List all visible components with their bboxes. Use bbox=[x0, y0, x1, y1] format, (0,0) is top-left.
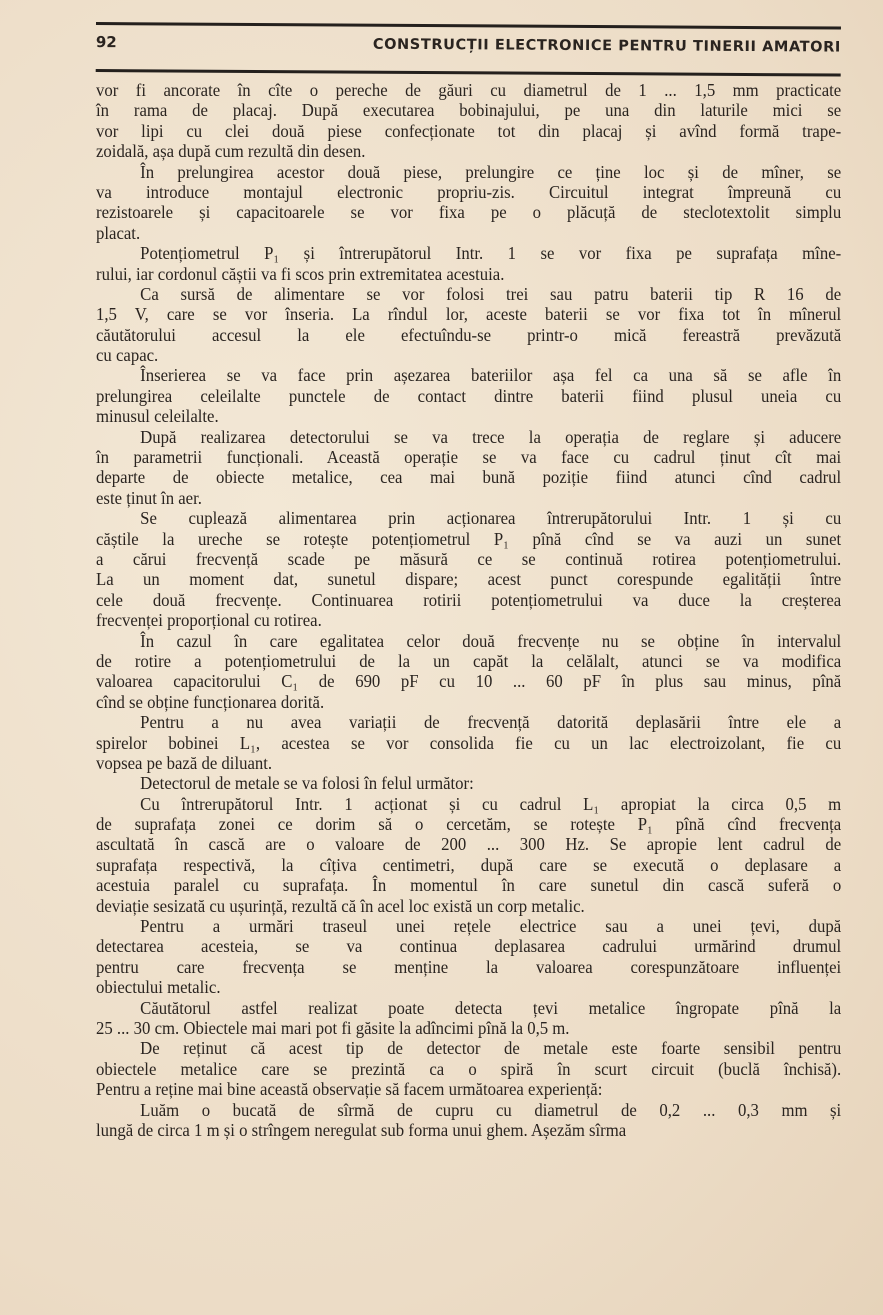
text-line: Se cuplează alimentarea prin acționarea … bbox=[96, 508, 841, 528]
text-line: valoarea capacitorului C₁ de 690 pF cu 1… bbox=[96, 671, 841, 691]
paragraph: După realizarea detectorului se va trece… bbox=[96, 427, 841, 509]
text-line: a cărui frecvență scade pe măsură ce se … bbox=[96, 549, 841, 569]
text-line: vopsea pe bază de diluant. bbox=[96, 753, 841, 773]
text-line: căștile la ureche se rotește potențiomet… bbox=[96, 529, 841, 549]
text-line: detectarea acesteia, se va continua depl… bbox=[96, 936, 841, 956]
running-title: CONSTRUCȚII ELECTRONICE PENTRU TINERII A… bbox=[373, 37, 841, 56]
text-line: de suprafața zonei ce dorim să o cercetă… bbox=[96, 814, 841, 834]
text-line: obiectului metalic. bbox=[96, 977, 841, 997]
text-line: obiectele metalice care se prezintă ca o… bbox=[96, 1059, 841, 1079]
text-line: este ținut în aer. bbox=[96, 488, 841, 508]
text-line: 25 ... 30 cm. Obiectele mai mari pot fi … bbox=[96, 1018, 841, 1038]
text-line: În prelungirea acestor două piese, prelu… bbox=[96, 162, 841, 182]
text-line: După realizarea detectorului se va trece… bbox=[96, 427, 841, 447]
text-line: rului, iar cordonul căștii va fi scos pr… bbox=[96, 264, 841, 284]
text-line: Pentru a nu avea variații de frecvență d… bbox=[96, 712, 841, 732]
text-line: ascultată în cască are o valoare de 200 … bbox=[96, 834, 841, 854]
text-line: Înserierea se va face prin așezarea bate… bbox=[96, 365, 841, 385]
paragraph: Cu întrerupătorul Intr. 1 acționat și cu… bbox=[96, 794, 841, 916]
text-line: Căutătorul astfel realizat poate detecta… bbox=[96, 998, 841, 1018]
text-line: cu capac. bbox=[96, 345, 841, 365]
paragraph: Se cuplează alimentarea prin acționarea … bbox=[96, 508, 841, 630]
text-line: deviație sesizată cu ușurință, rezultă c… bbox=[96, 896, 841, 916]
text-line: Ca sursă de alimentare se vor folosi tre… bbox=[96, 284, 841, 304]
text-line: în parametrii funcționali. Această opera… bbox=[96, 447, 841, 467]
text-line: va introduce montajul electronic propriu… bbox=[96, 182, 841, 202]
paragraph: Pentru a urmări traseul unei rețele elec… bbox=[96, 916, 841, 998]
text-line: cele două frecvențe. Continuarea rotirii… bbox=[96, 590, 841, 610]
paragraph: Pentru a nu avea variații de frecvență d… bbox=[96, 712, 841, 773]
text-line: rezistoarele și capacitoarele se vor fix… bbox=[96, 202, 841, 222]
text-line: minusul celeilalte. bbox=[96, 406, 841, 426]
text-line: De reținut că acest tip de detector de m… bbox=[96, 1038, 841, 1058]
paragraph: În cazul în care egalitatea celor două f… bbox=[96, 631, 841, 713]
paragraph: De reținut că acest tip de detector de m… bbox=[96, 1038, 841, 1099]
text-line: Luăm o bucată de sîrmă de cupru cu diame… bbox=[96, 1100, 841, 1120]
running-header: 92 CONSTRUCȚII ELECTRONICE PENTRU TINERI… bbox=[96, 22, 841, 77]
text-line: spirelor bobinei L₁, acestea se vor cons… bbox=[96, 733, 841, 753]
paragraph: Detectorul de metale se va folosi în fel… bbox=[96, 773, 841, 793]
book-page: 92 CONSTRUCȚII ELECTRONICE PENTRU TINERI… bbox=[96, 22, 841, 1140]
text-line: vor fi ancorate în cîte o pereche de gău… bbox=[96, 80, 841, 100]
text-line: cînd se obține funcționarea dorită. bbox=[96, 692, 841, 712]
paragraph: Potențiometrul P₁ și întrerupătorul Intr… bbox=[96, 243, 841, 284]
text-line: Cu întrerupătorul Intr. 1 acționat și cu… bbox=[96, 794, 841, 814]
text-line: zoidală, așa după cum rezultă din desen. bbox=[96, 141, 841, 161]
text-line: 1,5 V, care se vor înseria. La rîndul lo… bbox=[96, 304, 841, 324]
text-line: vor lipi cu clei două piese confecționat… bbox=[96, 121, 841, 141]
text-line: frecvenței proporțional cu rotirea. bbox=[96, 610, 841, 630]
text-line: Potențiometrul P₁ și întrerupătorul Intr… bbox=[96, 243, 841, 263]
text-line: de rotire a potențiometrului de la un ca… bbox=[96, 651, 841, 671]
text-line: departe de obiecte metalice, cea mai bun… bbox=[96, 467, 841, 487]
text-line: acestuia paralel cu suprafața. În moment… bbox=[96, 875, 841, 895]
body-text: vor fi ancorate în cîte o pereche de gău… bbox=[96, 80, 841, 1140]
text-line: Pentru a reține mai bine această observa… bbox=[96, 1079, 841, 1099]
paragraph: Ca sursă de alimentare se vor folosi tre… bbox=[96, 284, 841, 366]
page-number: 92 bbox=[96, 33, 117, 51]
paragraph: În prelungirea acestor două piese, prelu… bbox=[96, 162, 841, 244]
text-line: Pentru a urmări traseul unei rețele elec… bbox=[96, 916, 841, 936]
text-line: pentru care frecvența se menține la valo… bbox=[96, 957, 841, 977]
paragraph: vor fi ancorate în cîte o pereche de gău… bbox=[96, 80, 841, 162]
text-line: lungă de circa 1 m și o strîngem neregul… bbox=[96, 1120, 841, 1140]
text-line: suprafața respectivă, la cîțiva centimet… bbox=[96, 855, 841, 875]
text-line: placat. bbox=[96, 223, 841, 243]
text-line: Detectorul de metale se va folosi în fel… bbox=[96, 773, 841, 793]
text-line: prelungirea celeilalte punctele de conta… bbox=[96, 386, 841, 406]
text-line: căutătorului accesul la ele efectuîndu-s… bbox=[96, 325, 841, 345]
paragraph: Luăm o bucată de sîrmă de cupru cu diame… bbox=[96, 1100, 841, 1141]
text-line: La un moment dat, sunetul dispare; acest… bbox=[96, 569, 841, 589]
text-line: În cazul în care egalitatea celor două f… bbox=[96, 631, 841, 651]
text-line: în rama de placaj. După executarea bobin… bbox=[96, 100, 841, 120]
paragraph: Căutătorul astfel realizat poate detecta… bbox=[96, 998, 841, 1039]
paragraph: Înserierea se va face prin așezarea bate… bbox=[96, 365, 841, 426]
